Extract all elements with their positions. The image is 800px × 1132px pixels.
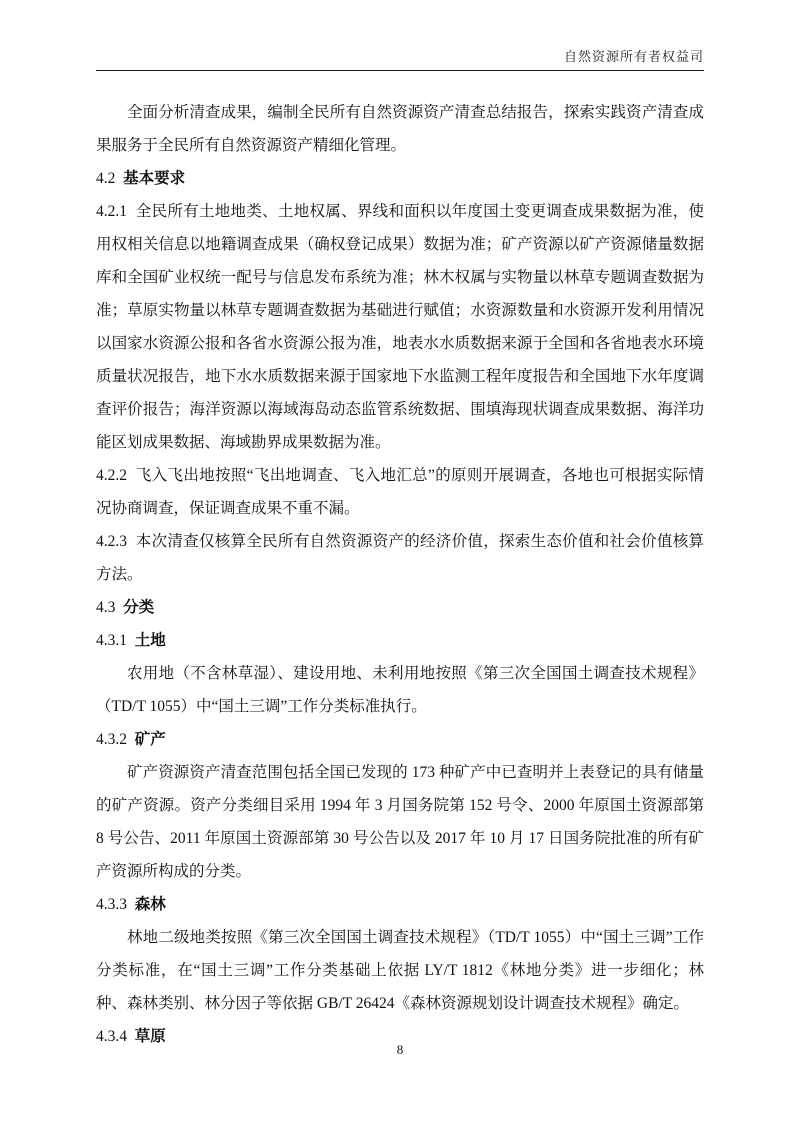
document-body: 全面分析清查成果，编制全民所有自然资源资产清查总结报告，探索实践资产清查成果服务…: [96, 96, 704, 1053]
paragraph-text: 全面分析清查成果，编制全民所有自然资源资产清查总结报告，探索实践资产清查成果服务…: [96, 104, 704, 154]
paragraph-text: 矿产资源资产清查范围包括全国已发现的 173 种矿产中已查明并上表登记的具有储量…: [96, 764, 704, 880]
heading-number: 4.3.2: [96, 731, 127, 748]
heading-4-3-2: 4.3.2矿产: [96, 723, 704, 756]
paragraph-number: 4.2.1: [96, 203, 127, 220]
heading-title: 土地: [135, 632, 166, 649]
paragraph-4-3-3: 林地二级地类按照《第三次全国国土调查技术规程》（TD/T 1055）中“国土三调…: [96, 921, 704, 1020]
heading-title: 基本要求: [123, 170, 185, 187]
paragraph-text: 林地二级地类按照《第三次全国国土调查技术规程》（TD/T 1055）中“国土三调…: [96, 929, 704, 1012]
heading-number: 4.3.1: [96, 632, 127, 649]
paragraph-text: 农用地（不含林草湿）、建设用地、未利用地按照《第三次全国国土调查技术规程》（TD…: [96, 665, 704, 715]
paragraph-4-2-3: 4.2.3本次清查仅核算全民所有自然资源资产的经济价值，探索生态价值和社会价值核…: [96, 525, 704, 591]
heading-number: 4.3.3: [96, 896, 127, 913]
heading-4-3-3: 4.3.3森林: [96, 888, 704, 921]
page-header: 自然资源所有者权益司: [96, 46, 704, 71]
page-number: 8: [397, 1042, 404, 1057]
header-department-label: 自然资源所有者权益司: [564, 49, 704, 64]
heading-4-3: 4.3分类: [96, 591, 704, 624]
heading-4-3-1: 4.3.1土地: [96, 624, 704, 657]
page-footer: 8: [0, 1042, 800, 1058]
document-page: 自然资源所有者权益司 全面分析清查成果，编制全民所有自然资源资产清查总结报告，探…: [0, 0, 800, 1132]
heading-title: 分类: [123, 599, 154, 616]
paragraph-text: 本次清查仅核算全民所有自然资源资产的经济价值，探索生态价值和社会价值核算方法。: [96, 533, 704, 583]
heading-title: 矿产: [135, 731, 166, 748]
paragraph-number: 4.2.3: [96, 533, 127, 550]
heading-number: 4.3: [96, 599, 115, 616]
paragraph-number: 4.2.2: [96, 467, 127, 484]
heading-title: 森林: [135, 896, 166, 913]
paragraph-intro: 全面分析清查成果，编制全民所有自然资源资产清查总结报告，探索实践资产清查成果服务…: [96, 96, 704, 162]
paragraph-4-3-2: 矿产资源资产清查范围包括全国已发现的 173 种矿产中已查明并上表登记的具有储量…: [96, 756, 704, 888]
paragraph-4-2-2: 4.2.2飞入飞出地按照“飞出地调查、飞入地汇总”的原则开展调查，各地也可根据实…: [96, 459, 704, 525]
heading-4-2: 4.2基本要求: [96, 162, 704, 195]
paragraph-4-2-1: 4.2.1全民所有土地地类、土地权属、界线和面积以年度国土变更调查成果数据为准，…: [96, 195, 704, 459]
paragraph-text: 飞入飞出地按照“飞出地调查、飞入地汇总”的原则开展调查，各地也可根据实际情况协商…: [96, 467, 704, 517]
heading-number: 4.2: [96, 170, 115, 187]
paragraph-4-3-1: 农用地（不含林草湿）、建设用地、未利用地按照《第三次全国国土调查技术规程》（TD…: [96, 657, 704, 723]
paragraph-text: 全民所有土地地类、土地权属、界线和面积以年度国土变更调查成果数据为准，使用权相关…: [96, 203, 704, 451]
